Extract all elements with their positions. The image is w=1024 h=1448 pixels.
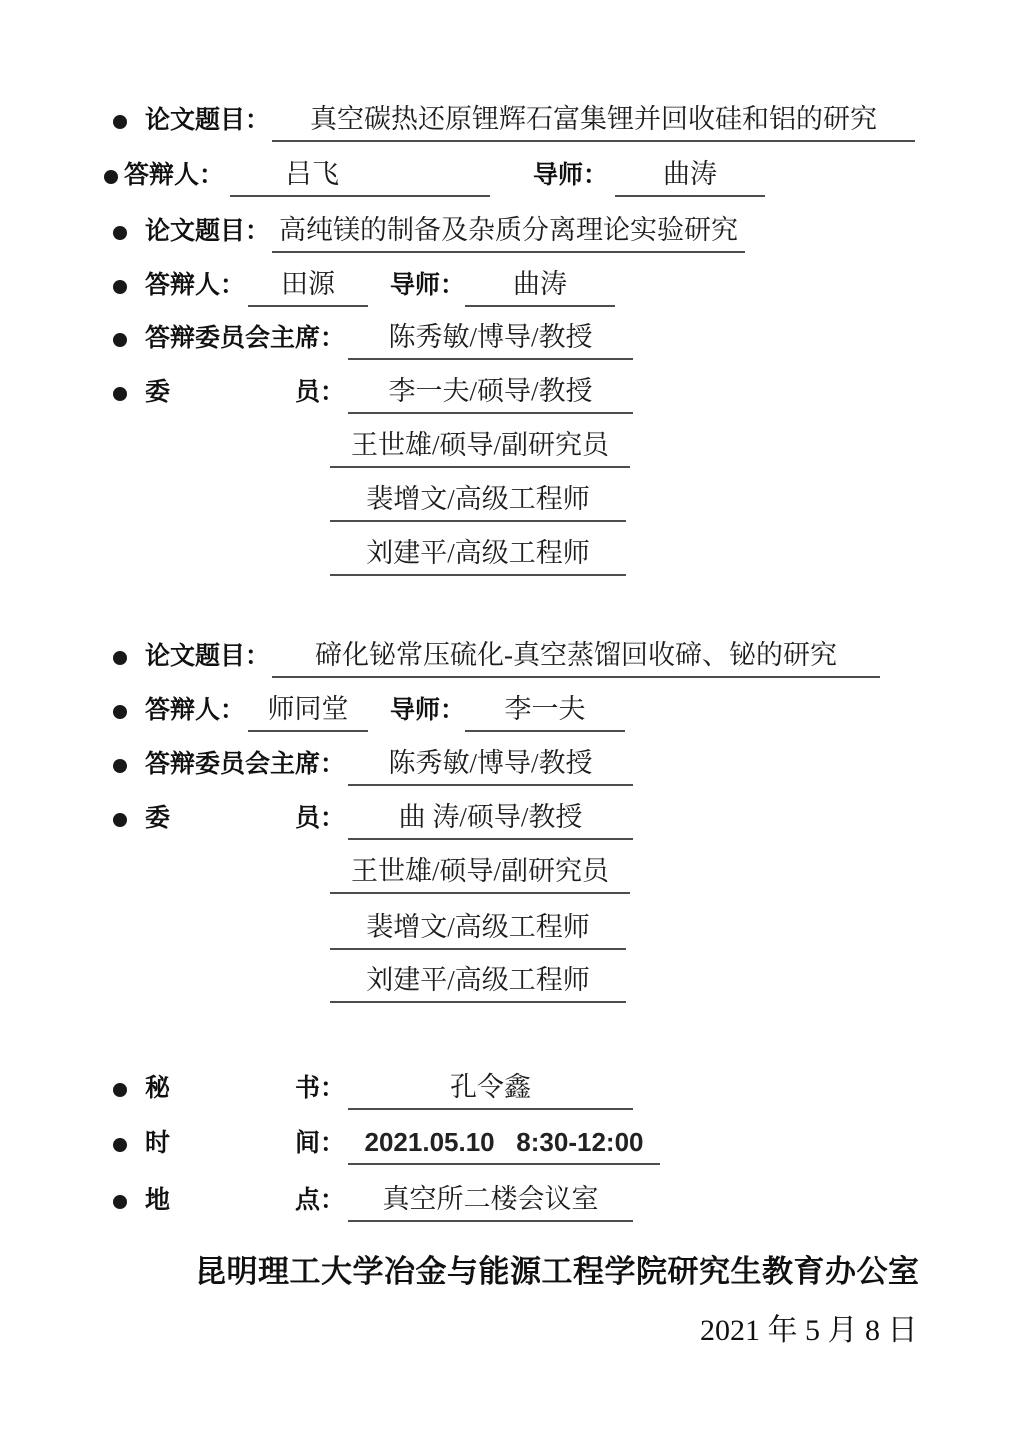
defense3-member-row: 委 员： 曲 涛/硕导/教授	[0, 796, 1024, 840]
defense3-member-row: 裴增文/高级工程师	[0, 906, 1024, 950]
supervisor-value: 李一夫	[505, 694, 586, 724]
bullet-icon	[113, 651, 127, 665]
member-label-end: 员：	[295, 804, 345, 834]
defense2-member-row: 裴增文/高级工程师	[0, 478, 1024, 522]
place-row: 地 点： 真空所二楼会议室	[0, 1178, 1024, 1222]
issue-date: 2021 年 5 月 8 日	[700, 1305, 918, 1349]
bullet-icon	[113, 333, 127, 347]
defense3-member-row: 王世雄/硕导/副研究员	[0, 850, 1024, 894]
time-label-start: 时	[145, 1129, 170, 1159]
chair-label: 答辩委员会主席：	[145, 750, 345, 786]
bullet-icon	[113, 1083, 127, 1097]
bullet-icon	[113, 387, 127, 401]
bullet-icon	[113, 813, 127, 827]
place-label-end: 点：	[295, 1186, 345, 1216]
chair-value: 陈秀敏/博导/教授	[388, 748, 592, 778]
defense3-member-row: 刘建平/高级工程师	[0, 959, 1024, 1003]
bullet-icon	[113, 705, 127, 719]
candidate-field: 田源	[248, 267, 368, 307]
supervisor-field: 曲涛	[465, 267, 615, 307]
member-field: 刘建平/高级工程师	[330, 963, 626, 1003]
thesis-title-label: 论文题目：	[145, 642, 272, 678]
chair-field: 陈秀敏/博导/教授	[348, 320, 633, 360]
defense2-member-row: 刘建平/高级工程师	[0, 532, 1024, 576]
defense1-people-row: 答辩人： 吕飞 导师： 曲涛	[0, 153, 1024, 197]
bullet-icon	[113, 280, 127, 294]
thesis-title-value: 高纯镁的制备及杂质分离理论实验研究	[279, 215, 738, 245]
chair-value: 陈秀敏/博导/教授	[388, 322, 592, 352]
thesis-title-field: 碲化铋常压硫化-真空蒸馏回收碲、铋的研究	[272, 638, 880, 678]
supervisor-label: 导师：	[390, 696, 465, 732]
candidate-field: 吕飞	[230, 157, 490, 197]
member-label-end: 员：	[295, 378, 345, 408]
candidate-label: 答辩人：	[124, 161, 224, 197]
secretary-field: 孔令鑫	[348, 1070, 633, 1110]
thesis-title-label: 论文题目：	[145, 106, 272, 142]
member-value: 刘建平/高级工程师	[366, 538, 590, 568]
supervisor-field: 李一夫	[465, 692, 625, 732]
member-label-start: 委	[145, 804, 170, 834]
chair-label: 答辩委员会主席：	[145, 324, 345, 360]
member-label: 委 员：	[145, 378, 345, 414]
place-field: 真空所二楼会议室	[348, 1182, 633, 1222]
candidate-label: 答辩人：	[145, 696, 245, 732]
defense1-title-row: 论文题目： 真空碳热还原锂辉石富集锂并回收硅和铝的研究	[0, 98, 1024, 142]
candidate-value: 师同堂	[268, 694, 349, 724]
member-field: 李一夫/硕导/教授	[348, 374, 633, 414]
member-field: 王世雄/硕导/副研究员	[330, 854, 630, 894]
member-value: 裴增文/高级工程师	[366, 484, 590, 514]
secretary-row: 秘 书： 孔令鑫	[0, 1066, 1024, 1110]
bullet-icon	[113, 1195, 127, 1209]
defense2-people-row: 答辩人： 田源 导师： 曲涛	[0, 263, 1024, 307]
thesis-title-value: 碲化铋常压硫化-真空蒸馏回收碲、铋的研究	[315, 640, 837, 670]
candidate-value: 吕飞	[285, 159, 339, 189]
member-field: 曲 涛/硕导/教授	[348, 800, 633, 840]
member-value: 王世雄/硕导/副研究员	[351, 430, 609, 460]
candidate-label: 答辩人：	[145, 271, 245, 307]
defense2-chair-row: 答辩委员会主席： 陈秀敏/博导/教授	[0, 316, 1024, 360]
defense3-chair-row: 答辩委员会主席： 陈秀敏/博导/教授	[0, 742, 1024, 786]
member-field: 裴增文/高级工程师	[330, 910, 626, 950]
secretary-value: 孔令鑫	[450, 1072, 531, 1102]
time-field: 2021.05.10 8:30-12:00	[348, 1125, 660, 1165]
time-label: 时 间：	[145, 1129, 345, 1165]
supervisor-label: 导师：	[390, 271, 465, 307]
member-value: 曲 涛/硕导/教授	[399, 802, 583, 832]
thesis-title-field: 高纯镁的制备及杂质分离理论实验研究	[272, 213, 745, 253]
thesis-title-label: 论文题目：	[145, 217, 272, 253]
thesis-title-field: 真空碳热还原锂辉石富集锂并回收硅和铝的研究	[272, 102, 915, 142]
supervisor-value: 曲涛	[663, 159, 717, 189]
defense2-member-row: 王世雄/硕导/副研究员	[0, 424, 1024, 468]
member-value: 刘建平/高级工程师	[366, 965, 590, 995]
issuing-office: 昆明理工大学冶金与能源工程学院研究生教育办公室	[195, 1246, 920, 1291]
time-row: 时 间： 2021.05.10 8:30-12:00	[0, 1121, 1024, 1165]
member-label: 委 员：	[145, 804, 345, 840]
member-field: 刘建平/高级工程师	[330, 536, 626, 576]
member-value: 李一夫/硕导/教授	[388, 376, 592, 406]
defense2-title-row: 论文题目： 高纯镁的制备及杂质分离理论实验研究	[0, 209, 1024, 253]
place-value: 真空所二楼会议室	[383, 1184, 599, 1214]
bullet-icon	[113, 115, 127, 129]
place-label-start: 地	[145, 1186, 170, 1216]
supervisor-field: 曲涛	[615, 157, 765, 197]
time-label-end: 间：	[295, 1129, 345, 1159]
member-field: 裴增文/高级工程师	[330, 482, 626, 522]
defense2-member-row: 委 员： 李一夫/硕导/教授	[0, 370, 1024, 414]
supervisor-label: 导师：	[533, 161, 608, 197]
bullet-icon	[113, 226, 127, 240]
bullet-icon	[113, 759, 127, 773]
member-field: 王世雄/硕导/副研究员	[330, 428, 630, 468]
chair-field: 陈秀敏/博导/教授	[348, 746, 633, 786]
document-page: 论文题目： 真空碳热还原锂辉石富集锂并回收硅和铝的研究 答辩人： 吕飞 导师： …	[0, 0, 1024, 1448]
candidate-value: 田源	[281, 269, 335, 299]
member-value: 王世雄/硕导/副研究员	[351, 856, 609, 886]
candidate-field: 师同堂	[248, 692, 368, 732]
place-label: 地 点：	[145, 1186, 345, 1222]
supervisor-value: 曲涛	[513, 269, 567, 299]
member-value: 裴增文/高级工程师	[366, 912, 590, 942]
defense3-people-row: 答辩人： 师同堂 导师： 李一夫	[0, 688, 1024, 732]
secretary-label: 秘 书：	[145, 1074, 345, 1110]
defense3-title-row: 论文题目： 碲化铋常压硫化-真空蒸馏回收碲、铋的研究	[0, 634, 1024, 678]
secretary-label-end: 书：	[295, 1074, 345, 1104]
time-value: 2021.05.10 8:30-12:00	[365, 1127, 644, 1157]
secretary-label-start: 秘	[145, 1074, 170, 1104]
bullet-icon	[104, 170, 118, 184]
bullet-icon	[113, 1138, 127, 1152]
member-label-start: 委	[145, 378, 170, 408]
thesis-title-value: 真空碳热还原锂辉石富集锂并回收硅和铝的研究	[310, 104, 877, 134]
